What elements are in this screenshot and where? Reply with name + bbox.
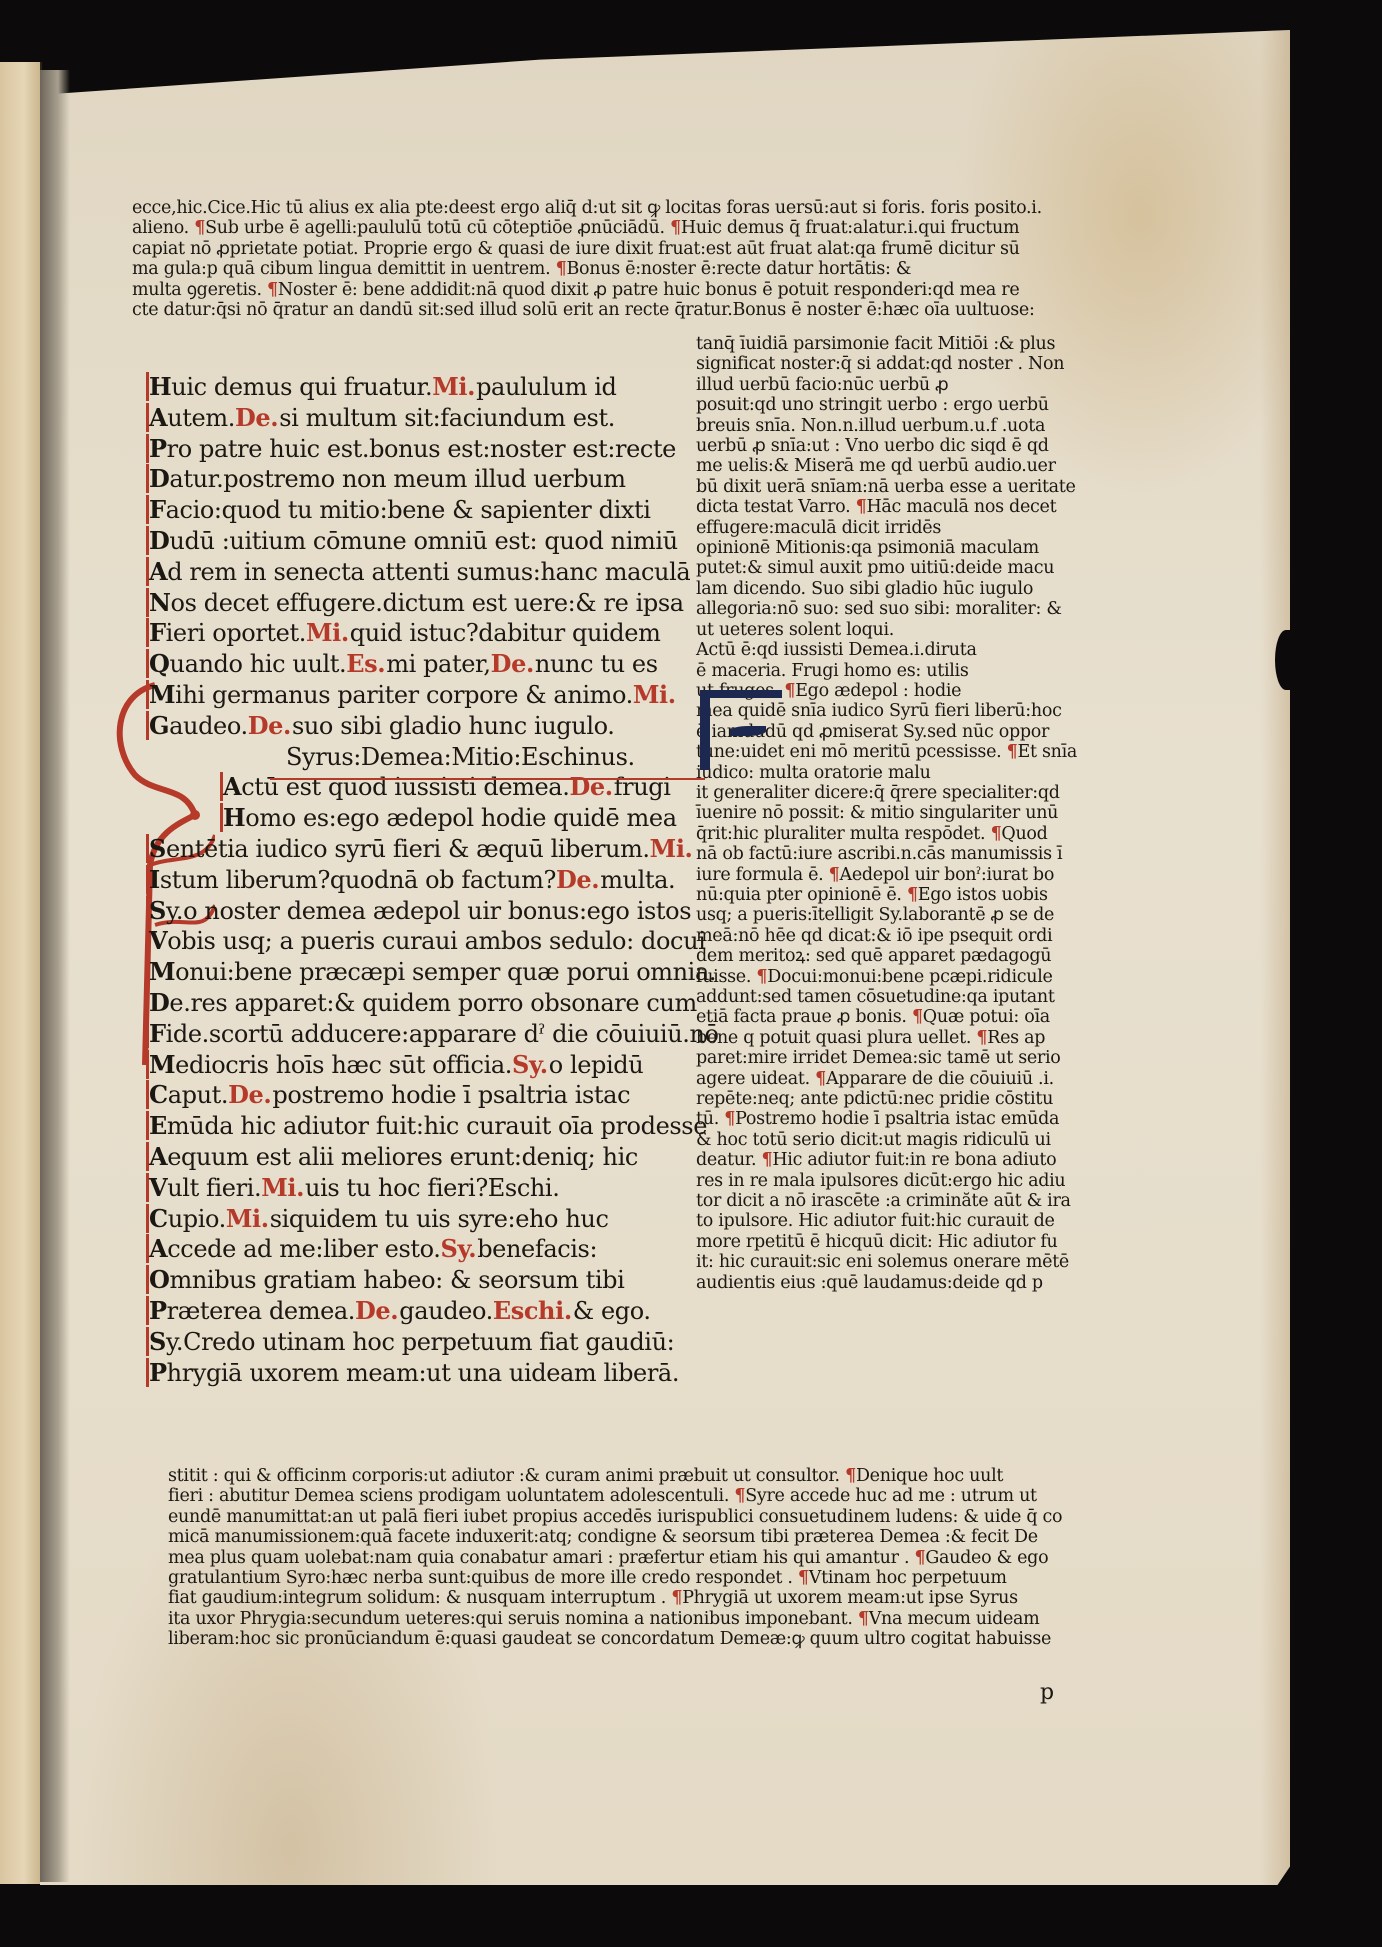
verse-text-segment: obis usq; a pueris curaui ambos sedulo: … [167, 927, 705, 955]
verse-text-segment: uis tu hoc fieri?Eschi. [305, 1174, 559, 1202]
commentary-line: fuisse. ¶Docui:monui:bene pcæpi.ridicule [696, 967, 1077, 987]
paragraph-mark-icon: ¶ [829, 865, 840, 885]
verse-line: Ad rem in senecta attenti sumus:hanc mac… [146, 557, 719, 588]
commentary-line: cte datur:q̄si nō q̄ratur an dandū sit:s… [132, 300, 1042, 320]
verse-line: Nos decet effugere.dictum est uere:& re … [146, 588, 719, 619]
commentary-line: bū dixit uerā snīam:nā uerba esse a ueri… [696, 477, 1077, 497]
rubricated-initial: V [146, 926, 167, 955]
verse-line: Sy.Credo utinam hoc perpetuum fiat gaudi… [146, 1327, 719, 1358]
commentary-line: res in re mala ipulsores dicūt:ergo hic … [696, 1171, 1077, 1191]
verse-line: Caput.De.postremo hodie ī psaltria istac [146, 1080, 719, 1111]
verse-text-segment: omo es:ego ædepol hodie quidē mea [245, 804, 676, 832]
speaker-label: Mi. [650, 834, 694, 863]
commentary-line: ecce,hic.Cice.Hic tū alius ex alia pte:d… [132, 198, 1042, 218]
rubricated-initial: V [146, 1173, 167, 1202]
paragraph-mark-icon: ¶ [670, 218, 681, 238]
commentary-line: dem meritoꝝ: sed quē apparet pædagogū [696, 946, 1077, 966]
verse-line: Istum liberum?quodnā ob factum?De.multa. [146, 865, 719, 896]
commentary-line: to ipulsore. Hic adiutor fuit:hic curaui… [696, 1211, 1077, 1231]
scene-heading-underline [270, 778, 705, 780]
speaker-label: De. [355, 1296, 399, 1325]
verse-line: Phrygiā uxorem meam:ut una uideam liberā… [146, 1358, 719, 1389]
commentary-line: it: hic curauit:sic eni solemus onerare … [696, 1252, 1077, 1272]
verse-text-segment: d rem in senecta attenti sumus:hanc macu… [167, 558, 690, 586]
paragraph-mark-icon: ¶ [915, 1548, 926, 1568]
commentary-line: deatur. ¶Hic adiutor fuit:in re bona adi… [696, 1150, 1077, 1170]
verse-text-segment: atur.postremo non meum illud uerbum [169, 465, 625, 493]
verse-line: Quando hic uult.Es.mi pater,De.nunc tu e… [146, 649, 719, 680]
verse-line: Homo es:ego ædepol hodie quidē mea [146, 803, 719, 834]
verse-line: Omnibus gratiam habeo: & seorsum tibi [146, 1265, 719, 1296]
rubricated-initial: N [146, 588, 171, 617]
commentary-line: multa ꝯgeretis. ¶Noster ē: bene addidit:… [132, 280, 1042, 300]
verse-text-segment: ro patre huic est.bonus est:noster est:r… [167, 435, 676, 463]
commentary-line: stitit : qui & officinm corporis:ut adiu… [168, 1466, 1062, 1486]
rubricated-initial: A [146, 1142, 167, 1171]
commentary-line: tū. ¶Postremo hodie ī psaltria istac emū… [696, 1109, 1077, 1129]
commentary-line: nā ob factū:iure ascribi.n.cās manumissi… [696, 844, 1077, 864]
commentary-line: meā:nō hēe qd dicat:& iō ipe psequit ord… [696, 926, 1077, 946]
verse-line: Vult fieri.Mi.uis tu hoc fieri?Eschi. [146, 1173, 719, 1204]
commentary-line: & hoc totū serio dicit:ut magis ridiculū… [696, 1130, 1077, 1150]
commentary-line: more rpetitū ē hicquū dicit: Hic adiutor… [696, 1232, 1077, 1252]
verse-text-segment: udū :uitium cōmune omniū est: quod nimiū [169, 527, 677, 555]
verse-line: Autem.De.si multum sit:faciundum est. [146, 403, 719, 434]
paragraph-mark-icon: ¶ [556, 259, 567, 279]
paragraph-mark-icon: ¶ [734, 1486, 745, 1506]
verse-text-segment: equum est alii meliores erunt:deniq; hic [167, 1143, 638, 1171]
commentary-line: bene q potuit quasi plura uellet. ¶Res a… [696, 1028, 1077, 1048]
rubricated-initial: D [146, 988, 169, 1017]
top-commentary: ecce,hic.Cice.Hic tū alius ex alia pte:d… [132, 198, 1042, 320]
commentary-line: breuis snīa. Non.n.illud uerbum.u.f .uot… [696, 416, 1077, 436]
verse-text-segment: upio. [168, 1205, 226, 1233]
scene-heading: Syrus:Demea:Mitio:Eschinus. [146, 742, 719, 773]
verse-text-segment: & ego. [573, 1297, 651, 1325]
paragraph-mark-icon: ¶ [907, 885, 918, 905]
commentary-line: opinionē Mitionis:qa psimoniā maculam [696, 538, 1077, 558]
verse-text-segment: gaudeo. [399, 1297, 493, 1325]
commentary-line: allegoria:nō suo: sed suo sibi: moralite… [696, 599, 1077, 619]
speaker-label: Sy. [441, 1234, 478, 1263]
commentary-line: me uelis:& Miserā me qd uerbū audio.uer [696, 456, 1077, 476]
illuminated-initial-a [700, 690, 782, 770]
commentary-line: posuit:qd uno stringit uerbo : ergo uerb… [696, 395, 1077, 415]
verse-text-segment: ediocris hoīs hæc sūt officia. [175, 1051, 512, 1079]
paragraph-mark-icon: ¶ [845, 1466, 856, 1486]
rubricated-initial: A [146, 557, 167, 586]
rubricated-initial: A [146, 1234, 167, 1263]
commentary-line: q̄rit:hic pluraliter multa respōdet. ¶Qu… [696, 824, 1077, 844]
verse-line: Vobis usq; a pueris curaui ambos sedulo:… [146, 926, 719, 957]
commentary-line: alieno. ¶Sub urbe ē agelli:paululū totū … [132, 218, 1042, 238]
commentary-line: ē maceria. Frugi homo es: utilis [696, 661, 1077, 681]
commentary-line: liberam:hoc sic pronūciandum ē:quasi gau… [168, 1629, 1062, 1649]
commentary-line: fiat gaudium:integrum solidum: & nusquam… [168, 1588, 1062, 1608]
verse-line: Aequum est alii meliores erunt:deniq; hi… [146, 1142, 719, 1173]
paragraph-mark-icon: ¶ [756, 967, 767, 987]
verse-text-segment: quid istuc?dabitur quidem [350, 619, 661, 647]
commentary-line: īuenire nō possit: & mitio singulariter … [696, 803, 1077, 823]
verse-text-segment: utem. [167, 404, 235, 432]
rubricated-initial: P [146, 434, 167, 463]
speaker-label: Mi. [261, 1173, 305, 1202]
commentary-line: putet:& simul auxit pmo uitiū:deide macu [696, 558, 1077, 578]
verse-text-segment: ihi germanus pariter corpore & animo. [175, 681, 633, 709]
rubricated-initial: I [146, 865, 160, 894]
verse-text-segment: mi pater, [386, 650, 490, 678]
verse-line: Actū est quod iussisti demea.De.frugi [146, 772, 719, 803]
verse-line: Emūda hic adiutor fuit:hic curauit oīa p… [146, 1111, 719, 1142]
commentary-line: capiat nō ꝓprietate potiat. Proprie ergo… [132, 239, 1042, 259]
commentary-line: tor dicit a nō irascēte :a criminăte aūt… [696, 1191, 1077, 1211]
verse-line: Pro patre huic est.bonus est:noster est:… [146, 434, 719, 465]
rubricated-initial: D [146, 464, 169, 493]
verse-text-segment: hrygiā uxorem meam:ut una uideam liberā. [167, 1359, 679, 1387]
verse-text-segment: o lepidū [549, 1051, 644, 1079]
signature-mark: p [1040, 1680, 1054, 1705]
rubricated-initial: G [146, 711, 169, 740]
rubricated-initial: M [146, 957, 175, 986]
verse-line: Sy.o noster demea ædepol uir bonus:ego i… [146, 896, 719, 927]
commentary-line: illud uerbū facio:nūc uerbū ꝓ [696, 375, 1077, 395]
paragraph-mark-icon: ¶ [976, 1028, 987, 1048]
rubricated-initial: M [146, 680, 175, 709]
rubricated-initial: S [146, 834, 166, 863]
verse-text-segment: stum liberum?quodnā ob factum? [160, 866, 556, 894]
commentary-line: repēte:neq; ante pdictū:nec pridie cōsti… [696, 1089, 1077, 1109]
verse-line: Mihi germanus pariter corpore & animo.Mi… [146, 680, 719, 711]
verse-text-segment: si multum sit:faciundum est. [279, 404, 615, 432]
speaker-label: Mi. [226, 1204, 270, 1233]
speaker-label: De. [228, 1080, 272, 1109]
commentary-line: iure formula ē. ¶Aedepol uir bonˀ:iurat … [696, 865, 1077, 885]
verse-text-segment: mnibus gratiam habeo: & seorsum tibi [170, 1266, 625, 1294]
verse-text-segment: ide.scortū adducere:apparare dˀ die cōui… [166, 1020, 719, 1048]
commentary-line: ita uxor Phrygia:secundum ueteres:qui se… [168, 1609, 1062, 1629]
verse-text-segment: ræterea demea. [167, 1297, 355, 1325]
verse-text-segment: y.o noster demea ædepol uir bonus:ego is… [166, 897, 691, 925]
commentary-line: fieri : abutitur Demea sciens prodigam u… [168, 1486, 1062, 1506]
verse-text-segment: uando hic uult. [170, 650, 347, 678]
verse-text-segment: os decet effugere.dictum est uere:& re i… [171, 589, 684, 617]
page-edge-damage [1275, 630, 1297, 690]
gutter-shadow [40, 70, 70, 1882]
commentary-line: dicta testat Varro. ¶Hāc maculā nos dece… [696, 497, 1077, 517]
commentary-line: addunt:sed tamen cōsuetudine:qa iputant [696, 987, 1077, 1007]
commentary-line: audientis eius :quē laudamus:deide qd p [696, 1273, 1077, 1293]
verse-line: De.res apparet:& quidem porro obsonare c… [146, 988, 719, 1019]
commentary-line: agere uideat. ¶Apparare de die cōuiuiū .… [696, 1069, 1077, 1089]
paragraph-mark-icon: ¶ [724, 1109, 735, 1129]
verse-text-segment: ult fieri. [167, 1174, 261, 1202]
speaker-label: Eschi. [493, 1296, 573, 1325]
verse-line: Gaudeo.De.suo sibi gladio hunc iugulo. [146, 711, 719, 742]
commentary-line: significat noster:q̄ si addat:qd noster … [696, 354, 1077, 374]
verse-text-segment: Syrus:Demea:Mitio:Eschinus. [286, 743, 635, 771]
verse-text-segment: ieri oportet. [166, 619, 306, 647]
commentary-line: ut ueteres solent loqui. [696, 620, 1077, 640]
verse-line: Huic demus qui fruatur.Mi.paululum id [146, 372, 719, 403]
commentary-line: uerbū ꝓ snīa:ut : Vno uerbo dic siqd ē q… [696, 436, 1077, 456]
rubricated-initial: F [146, 618, 166, 647]
paragraph-mark-icon: ¶ [671, 1588, 682, 1608]
rubricated-initial: M [146, 1050, 175, 1079]
verse-line: Fieri oportet.Mi.quid istuc?dabitur quid… [146, 618, 719, 649]
rubricated-initial: D [146, 526, 169, 555]
paragraph-mark-icon: ¶ [1007, 742, 1018, 762]
paragraph-mark-icon: ¶ [267, 280, 278, 300]
speaker-label: De. [235, 403, 279, 432]
commentary-line: eundē manumittat:an ut palā fieri iubet … [168, 1507, 1062, 1527]
rubricated-initial: F [146, 1019, 166, 1048]
paragraph-mark-icon: ¶ [194, 218, 205, 238]
paragraph-mark-icon: ¶ [761, 1150, 772, 1170]
paragraph-mark-icon: ¶ [798, 1568, 809, 1588]
verse-text-segment: audeo. [169, 712, 248, 740]
speaker-label: Mi. [432, 372, 476, 401]
paragraph-mark-icon: ¶ [815, 1069, 826, 1089]
verse-text-segment: nunc tu es [535, 650, 658, 678]
commentary-line: etiā facta praue ꝓ bonis. ¶Quæ potui: oī… [696, 1007, 1077, 1027]
verse-line: Accede ad me:liber esto.Sy.benefacis: [146, 1234, 719, 1265]
rubricated-initial: O [146, 1265, 170, 1294]
verse-line: Fide.scortū adducere:apparare dˀ die cōu… [146, 1019, 719, 1050]
verse-line: Facio:quod tu mitio:bene & sapienter dix… [146, 495, 719, 526]
rubricated-initial: P [146, 1296, 167, 1325]
speaker-label: De. [556, 865, 600, 894]
commentary-line: ma gula:p quā cibum lingua demittit in u… [132, 259, 1042, 279]
rubricated-initial: F [146, 495, 166, 524]
verse-line: Dudū :uitium cōmune omniū est: quod nimi… [146, 526, 719, 557]
verse-text-segment: e.res apparet:& quidem porro obsonare cu… [169, 989, 696, 1017]
verse-text-segment: mūda hic adiutor fuit:hic curauit oīa pr… [167, 1112, 707, 1140]
verse-line: Præterea demea.De.gaudeo.Eschi.& ego. [146, 1296, 719, 1327]
rubricated-initial: S [146, 896, 166, 925]
rubricated-initial: Q [146, 649, 170, 678]
commentary-line: Actū ē:qd iussisti Demea.i.diruta [696, 640, 1077, 660]
speaker-label: De. [248, 711, 292, 740]
verse-text-segment: suo sibi gladio hunc iugulo. [292, 712, 615, 740]
verse-text-segment: multa. [600, 866, 675, 894]
verse-text-segment: uic demus qui fruatur. [171, 373, 432, 401]
verse-line: Sentētia iudico syrū fieri & æquū liberu… [146, 834, 719, 865]
speaker-label: De. [491, 649, 535, 678]
commentary-line: nū:quia pter opinionē ē. ¶Ego istos uobi… [696, 885, 1077, 905]
verse-text-segment: paululum id [476, 373, 616, 401]
verse-text: Huic demus qui fruatur.Mi.paululum idAut… [146, 372, 719, 1388]
rubricated-initial: H [220, 803, 245, 832]
speaker-label: Mi. [633, 680, 677, 709]
verse-text-segment: aput. [168, 1081, 228, 1109]
commentary-line: lam dicendo. Suo sibi gladio hūc iugulo [696, 579, 1077, 599]
verse-line: Monui:bene præcæpi semper quæ porui omni… [146, 957, 719, 988]
verse-text-segment: Credo utinam hoc perpetuum fiat gaudiū: [183, 1328, 674, 1356]
verse-text-segment: entētia iudico syrū fieri & æquū liberum… [166, 835, 650, 863]
verse-text-segment: acio:quod tu mitio:bene & sapienter dixt… [166, 496, 651, 524]
verse-line: Datur.postremo non meum illud uerbum [146, 464, 719, 495]
paragraph-mark-icon: ¶ [912, 1007, 923, 1027]
verse-text-segment: postremo hodie ī psaltria istac [272, 1081, 630, 1109]
paragraph-mark-icon: ¶ [858, 1609, 869, 1629]
paragraph-mark-icon: ¶ [784, 681, 795, 701]
commentary-line: micā manumissionem:quā facete induxerit:… [168, 1527, 1062, 1547]
commentary-line: usq; a pueris:ītelligit Sy.laborantē ꝓ s… [696, 905, 1077, 925]
speaker-label: De. [569, 772, 613, 801]
paragraph-mark-icon: ¶ [991, 824, 1002, 844]
rubricated-initial: E [146, 1111, 167, 1140]
verse-text-segment: ccede ad me:liber esto. [167, 1235, 440, 1263]
speaker-label: Es. [346, 649, 386, 678]
commentary-line: gratulantium Syro:hæc nerba sunt:quibus … [168, 1568, 1062, 1588]
rubricated-initial: A [220, 772, 241, 801]
commentary-line: paret:mire irridet Demea:sic tamē ut ser… [696, 1048, 1077, 1068]
verse-line: Mediocris hoīs hæc sūt officia.Sy.o lepi… [146, 1050, 719, 1081]
verse-text-segment: siquidem tu uis syre:eho huc [270, 1205, 609, 1233]
verse-text-segment: onui:bene præcæpi semper quæ porui omnia… [175, 958, 716, 986]
speaker-label: Mi. [306, 618, 350, 647]
commentary-line: it generaliter dicere:q̄ q̄rere speciali… [696, 783, 1077, 803]
commentary-line: mea plus quam uolebat:nam quia conabatur… [168, 1548, 1062, 1568]
right-commentary: tanq̄ īuidiā parsimonie facit Mitiōi :& … [696, 334, 1077, 1293]
commentary-line: tanq̄ īuidiā parsimonie facit Mitiōi :& … [696, 334, 1077, 354]
previous-page-edge [0, 62, 42, 1884]
rubricated-initial: S [146, 1327, 166, 1356]
rubricated-initial: A [146, 403, 167, 432]
rubricated-initial: C [146, 1204, 168, 1233]
rubricated-initial: C [146, 1080, 168, 1109]
commentary-line: effugere:maculā dicit irridēs [696, 518, 1077, 538]
verse-line: Cupio.Mi.siquidem tu uis syre:eho huc [146, 1204, 719, 1235]
bottom-commentary: stitit : qui & officinm corporis:ut adiu… [168, 1466, 1062, 1650]
rubricated-initial: P [146, 1358, 167, 1387]
verse-text-segment: benefacis: [477, 1235, 597, 1263]
speaker-label: Sy. [512, 1050, 549, 1079]
verse-text-segment: y. [166, 1328, 183, 1356]
rubricated-initial: H [146, 372, 171, 401]
paragraph-mark-icon: ¶ [856, 497, 867, 517]
